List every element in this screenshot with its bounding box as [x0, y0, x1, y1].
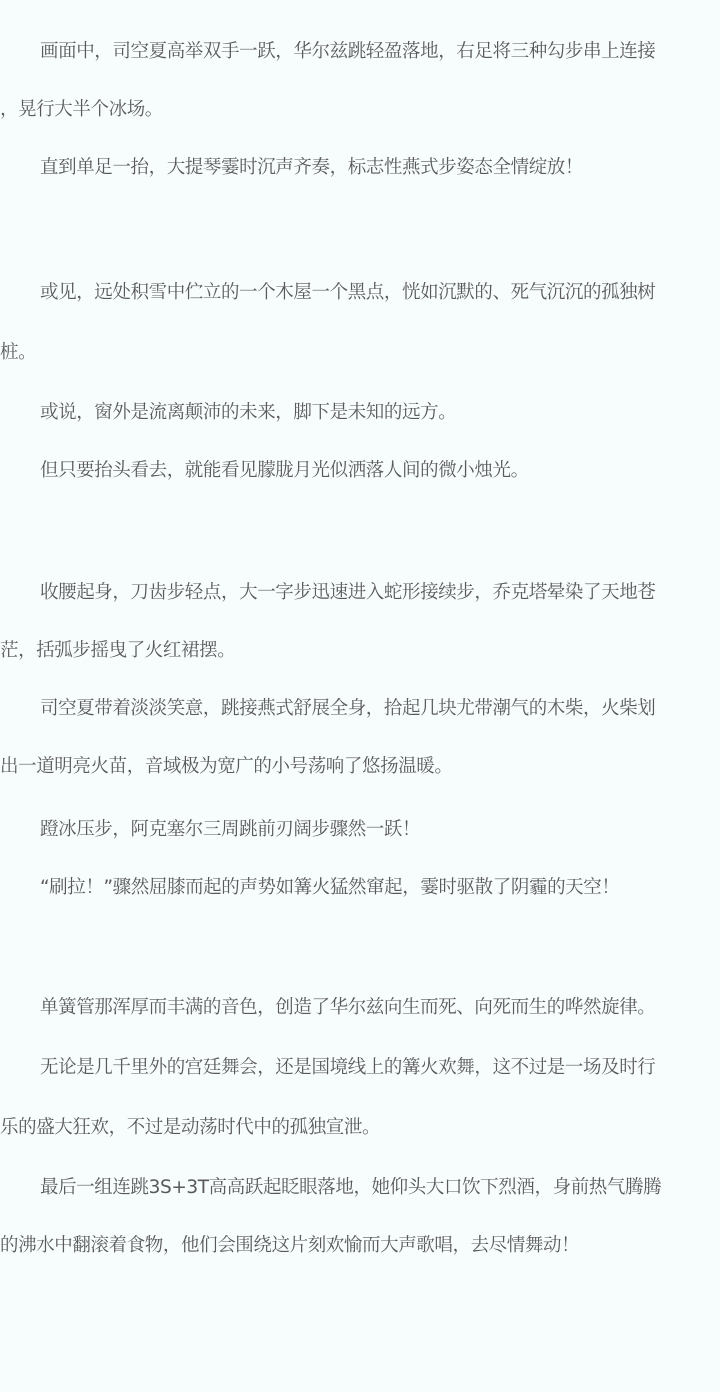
paragraph-line: 收腰起身，刀齿步轻点，大一字步迅速进入蛇形接续步，乔克塔晕染了天地苍: [40, 581, 720, 605]
paragraph-line: 但只要抬头看去，就能看见朦胧月光似洒落人间的微小烛光。: [40, 459, 720, 483]
paragraph-line: 的沸水中翻滚着食物，他们会围绕这片刻欢愉而大声歌唱，去尽情舞动！: [0, 1234, 720, 1258]
paragraph-line: 无论是几千里外的宫廷舞会，还是国境线上的篝火欢舞，这不过是一场及时行: [40, 1056, 720, 1080]
paragraph-line: 最后一组连跳3S+3T高高跃起眨眼落地，她仰头大口饮下烈酒，身前热气腾腾: [40, 1176, 720, 1200]
paragraph-line: 单簧管那浑厚而丰满的音色，创造了华尔兹向生而死、向死而生的哗然旋律。: [40, 996, 720, 1020]
paragraph-line: ，晃行大半个冰场。: [0, 98, 720, 122]
paragraph-line: 桩。: [0, 341, 720, 365]
paragraph-line: 出一道明亮火苗，音域极为宽广的小号荡响了悠扬温暖。: [0, 755, 720, 779]
paragraph-line: 乐的盛大狂欢，不过是动荡时代中的孤独宣泄。: [0, 1116, 720, 1140]
paragraph-line: 或说，窗外是流离颠沛的未来，脚下是未知的远方。: [40, 401, 720, 425]
paragraph-line: “刷拉！”骤然屈膝而起的声势如篝火猛然窜起，霎时驱散了阴霾的天空！: [40, 876, 720, 900]
paragraph-line: 司空夏带着淡淡笑意，跳接燕式舒展全身，拾起几块尤带潮气的木柴，火柴划: [40, 697, 720, 721]
paragraph-line: 画面中，司空夏高举双手一跃，华尔兹跳轻盈落地，右足将三种勾步串上连接: [40, 40, 720, 64]
paragraph-line: 茫，括弧步摇曳了火红裙摆。: [0, 639, 720, 663]
paragraph-line: 蹬冰压步，阿克塞尔三周跳前刃阔步骤然一跃！: [40, 818, 720, 842]
paragraph-line: 或见，远处积雪中伫立的一个木屋一个黑点，恍如沉默的、死气沉沉的孤独树: [40, 281, 720, 305]
paragraph-line: 直到单足一抬，大提琴霎时沉声齐奏，标志性燕式步姿态全情绽放！: [40, 156, 720, 180]
